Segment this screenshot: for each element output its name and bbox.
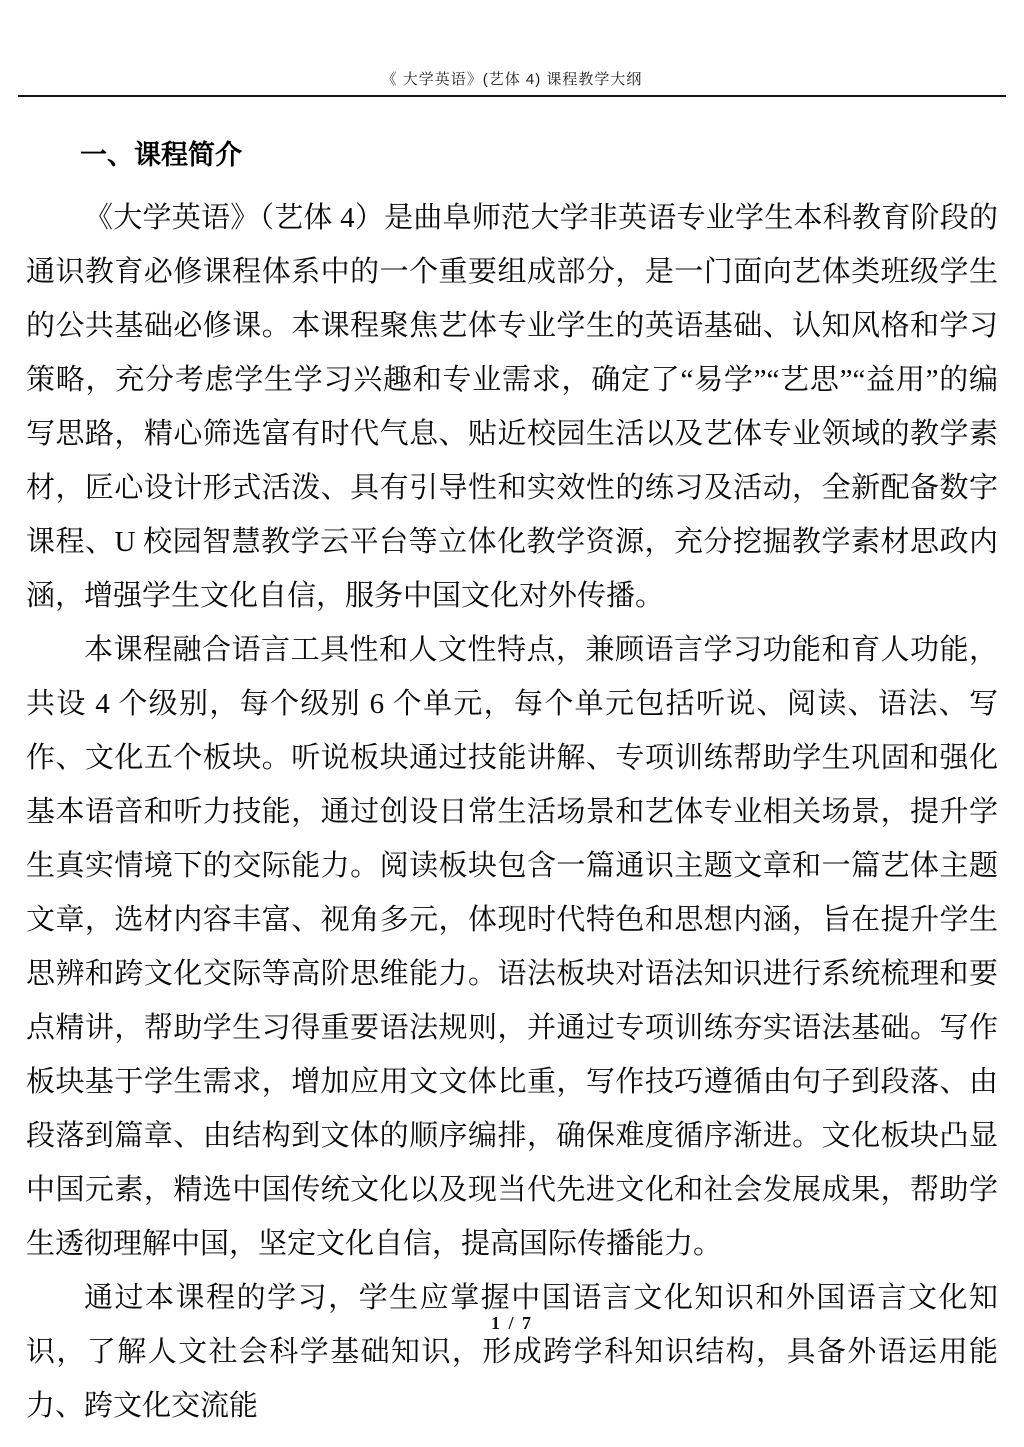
document-page: 《 大学英语》(艺体 4) 课程教学大纲 一、课程简介 《大学英语》（艺体 4）… bbox=[0, 0, 1024, 1447]
paragraph-course-overview: 《大学英语》（艺体 4）是曲阜师范大学非英语专业学生本科教育阶段的通识教育必修课… bbox=[26, 191, 998, 623]
document-header-title: 《 大学英语》(艺体 4) 课程教学大纲 bbox=[0, 0, 1024, 89]
page-number: 1 / 7 bbox=[0, 1313, 1024, 1334]
document-body: 《大学英语》（艺体 4）是曲阜师范大学非英语专业学生本科教育阶段的通识教育必修课… bbox=[26, 191, 998, 1433]
section-heading: 一、课程简介 bbox=[26, 139, 998, 171]
header-divider bbox=[18, 95, 1006, 97]
paragraph-course-structure: 本课程融合语言工具性和人文性特点，兼顾语言学习功能和育人功能，共设 4 个级别，… bbox=[26, 623, 998, 1271]
paragraph-learning-outcomes: 通过本课程的学习，学生应掌握中国语言文化知识和外国语言文化知识，了解人文社会科学… bbox=[26, 1271, 998, 1433]
